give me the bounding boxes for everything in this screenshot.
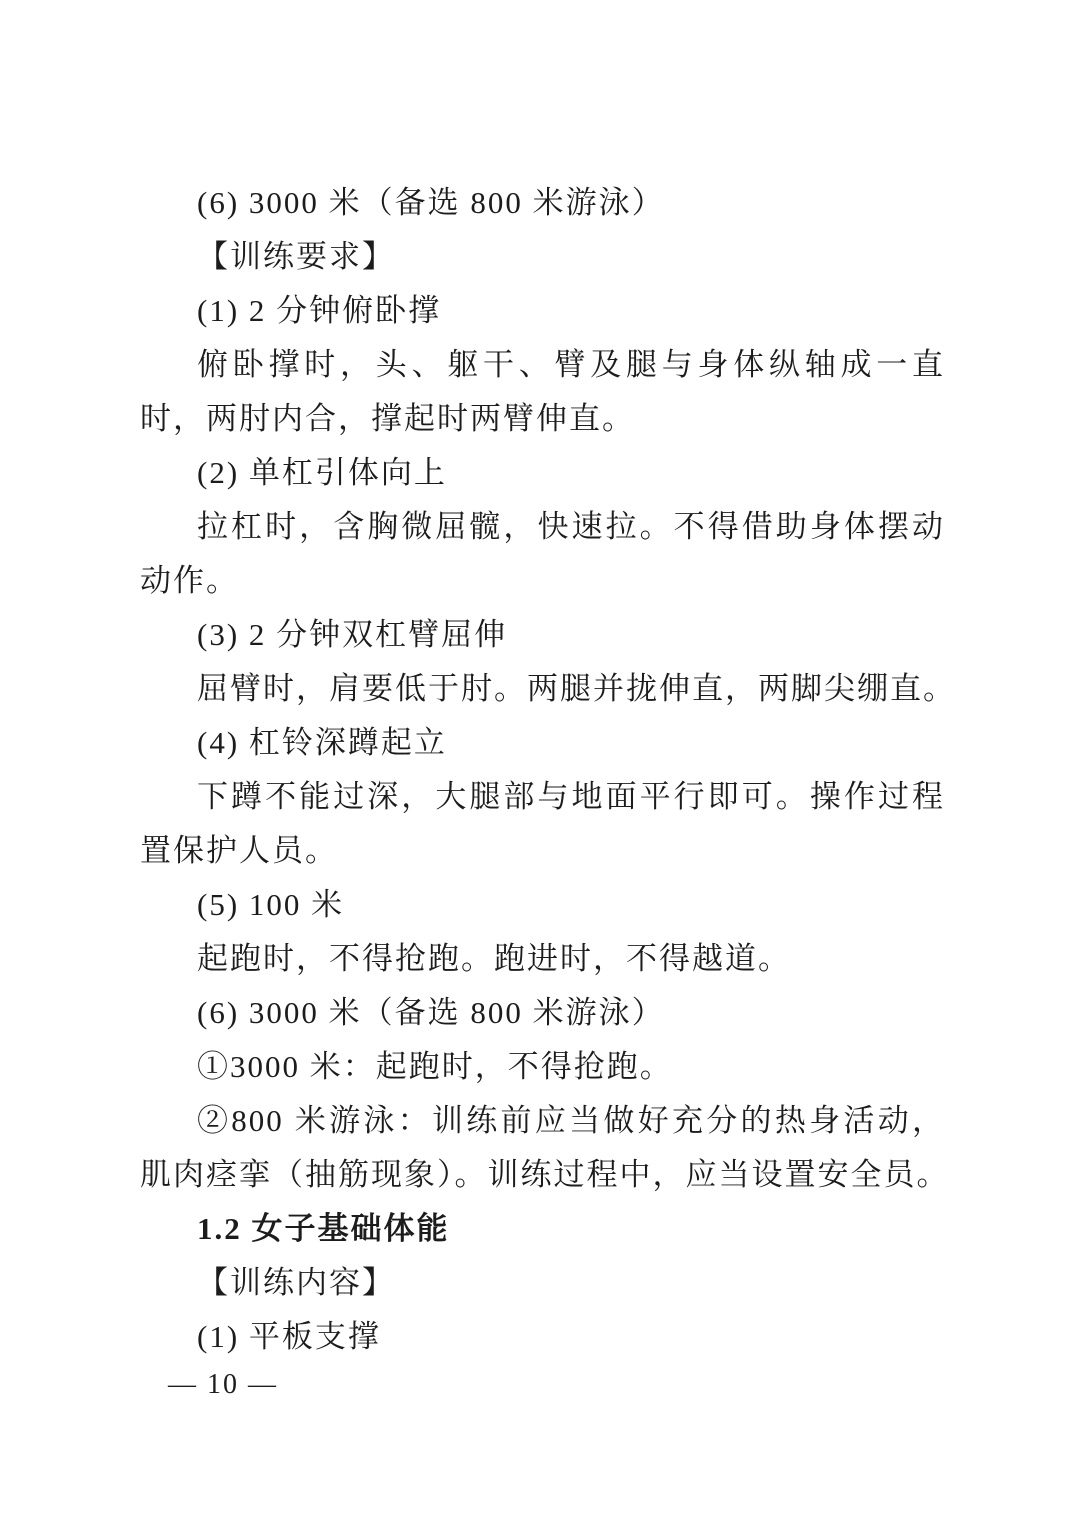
para-3000m-note: ①3000 米：起跑时，不得抢跑。 — [140, 1040, 945, 1094]
heading-1-2-women-basic-fitness: 1.2 女子基础体能 — [140, 1202, 945, 1256]
para-squat-detail-line1: 下蹲不能过深，大腿部与地面平行即可。操作过程中应当设 — [140, 770, 945, 824]
para-pullup-detail-line2: 动作。 — [140, 554, 945, 608]
item-5-100m: (5) 100 米 — [140, 878, 945, 932]
para-squat-detail-line2: 置保护人员。 — [140, 824, 945, 878]
para-pullup-detail-line1: 拉杠时，含胸微屈髋，快速拉。不得借助身体摆动完成 — [140, 500, 945, 554]
document-page: (6) 3000 米（备选 800 米游泳） 【训练要求】 (1) 2 分钟俯卧… — [0, 0, 1080, 1528]
document-body: (6) 3000 米（备选 800 米游泳） 【训练要求】 (1) 2 分钟俯卧… — [140, 176, 945, 1406]
item-1-pushup-2min: (1) 2 分钟俯卧撑 — [140, 284, 945, 338]
para-swim-note-line1: ②800 米游泳：训练前应当做好充分的热身活动，防止发生 — [140, 1094, 945, 1148]
item-6-3000m-requirements: (6) 3000 米（备选 800 米游泳） — [140, 986, 945, 1040]
item-4-barbell-squat: (4) 杠铃深蹲起立 — [140, 716, 945, 770]
item-2-pullup: (2) 单杠引体向上 — [140, 446, 945, 500]
para-swim-note-line2: 肌肉痉挛（抽筋现象）。训练过程中，应当设置安全员。 — [140, 1148, 945, 1202]
para-dips-detail: 屈臂时，肩要低于肘。两腿并拢伸直，两脚尖绷直。 — [140, 662, 945, 716]
item-6-3000m: (6) 3000 米（备选 800 米游泳） — [140, 176, 945, 230]
item-3-dips-2min: (3) 2 分钟双杠臂屈伸 — [140, 608, 945, 662]
item-1-plank: (1) 平板支撑 — [140, 1310, 945, 1364]
para-pushup-detail-line2: 时，两肘内合，撑起时两臂伸直。 — [140, 392, 945, 446]
page-number: — 10 — — [140, 1364, 945, 1406]
heading-training-requirements: 【训练要求】 — [140, 230, 945, 284]
heading-training-content: 【训练内容】 — [140, 1256, 945, 1310]
para-pushup-detail-line1: 俯卧撑时，头、躯干、臂及腿与身体纵轴成一直线。下俯 — [140, 338, 945, 392]
para-100m-detail: 起跑时，不得抢跑。跑进时，不得越道。 — [140, 932, 945, 986]
